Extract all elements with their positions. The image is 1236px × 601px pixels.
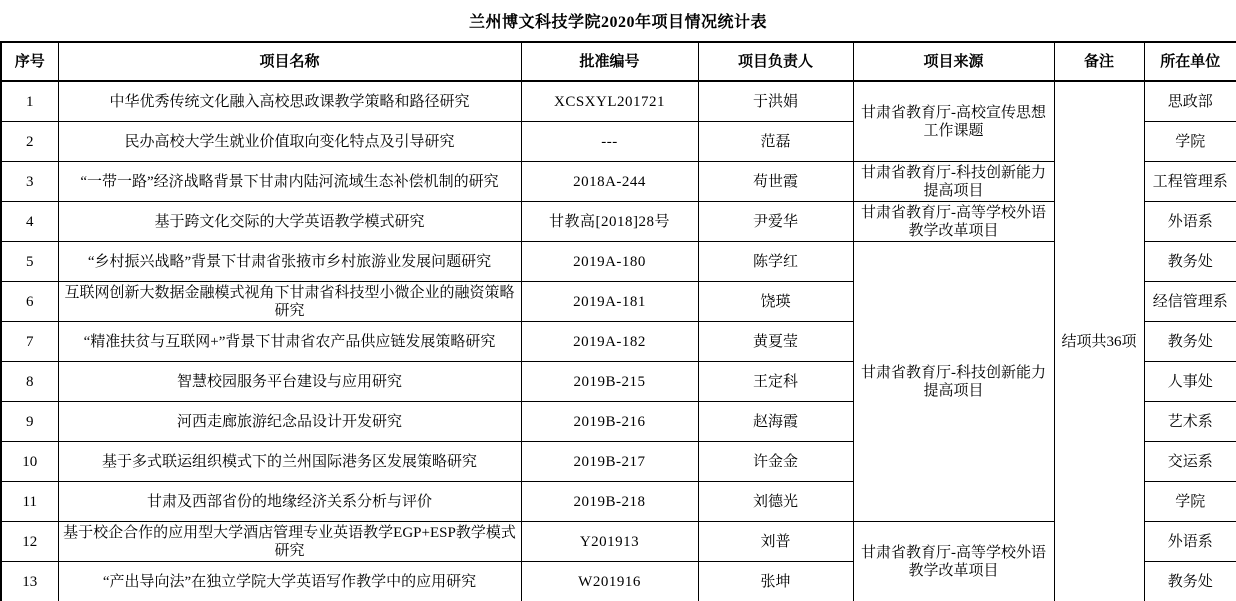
cell-source: 甘肃省教育厅-科技创新能力提高项目 bbox=[853, 242, 1054, 522]
cell-unit: 人事处 bbox=[1144, 362, 1236, 402]
table-row: 4 基于跨文化交际的大学英语教学模式研究 甘教高[2018]28号 尹爱华 甘肃… bbox=[1, 202, 1236, 242]
cell-project-name: “精准扶贫与互联网+”背景下甘肃省农产品供应链发展策略研究 bbox=[58, 322, 521, 362]
cell-code: 2019B-218 bbox=[521, 482, 698, 522]
cell-leader: 刘普 bbox=[698, 522, 853, 562]
cell-leader: 范磊 bbox=[698, 122, 853, 162]
cell-unit: 外语系 bbox=[1144, 202, 1236, 242]
cell-code: 2019A-180 bbox=[521, 242, 698, 282]
cell-no: 3 bbox=[1, 162, 58, 202]
cell-leader: 张坤 bbox=[698, 562, 853, 601]
cell-code: 2018A-244 bbox=[521, 162, 698, 202]
header-row: 序号 项目名称 批准编号 项目负责人 项目来源 备注 所在单位 bbox=[1, 42, 1236, 81]
cell-no: 6 bbox=[1, 282, 58, 322]
cell-code: XCSXYL201721 bbox=[521, 81, 698, 122]
cell-unit: 经信管理系 bbox=[1144, 282, 1236, 322]
cell-no: 10 bbox=[1, 442, 58, 482]
cell-no: 7 bbox=[1, 322, 58, 362]
cell-no: 1 bbox=[1, 81, 58, 122]
cell-leader: 于洪娟 bbox=[698, 81, 853, 122]
cell-unit: 教务处 bbox=[1144, 242, 1236, 282]
cell-unit: 教务处 bbox=[1144, 562, 1236, 601]
document-page: 兰州博文科技学院2020年项目情况统计表 序号 项目名称 批准编号 项目负责人 … bbox=[0, 0, 1236, 601]
table-row: 3 “一带一路”经济战略背景下甘肃内陆河流域生态补偿机制的研究 2018A-24… bbox=[1, 162, 1236, 202]
cell-no: 13 bbox=[1, 562, 58, 601]
col-header-leader: 项目负责人 bbox=[698, 42, 853, 81]
cell-code: 2019B-217 bbox=[521, 442, 698, 482]
cell-source: 甘肃省教育厅-科技创新能力提高项目 bbox=[853, 162, 1054, 202]
cell-unit: 教务处 bbox=[1144, 322, 1236, 362]
page-title: 兰州博文科技学院2020年项目情况统计表 bbox=[0, 0, 1236, 41]
cell-code: --- bbox=[521, 122, 698, 162]
table-row: 5 “乡村振兴战略”背景下甘肃省张掖市乡村旅游业发展问题研究 2019A-180… bbox=[1, 242, 1236, 282]
cell-unit: 艺术系 bbox=[1144, 402, 1236, 442]
col-header-code: 批准编号 bbox=[521, 42, 698, 81]
cell-no: 11 bbox=[1, 482, 58, 522]
cell-source: 甘肃省教育厅-高等学校外语教学改革项目 bbox=[853, 522, 1054, 601]
cell-leader: 许金金 bbox=[698, 442, 853, 482]
cell-no: 4 bbox=[1, 202, 58, 242]
col-header-remark: 备注 bbox=[1054, 42, 1144, 81]
cell-no: 8 bbox=[1, 362, 58, 402]
cell-project-name: 基于校企合作的应用型大学酒店管理专业英语教学EGP+ESP教学模式研究 bbox=[58, 522, 521, 562]
cell-code: W201916 bbox=[521, 562, 698, 601]
cell-no: 12 bbox=[1, 522, 58, 562]
cell-code: 2019A-181 bbox=[521, 282, 698, 322]
cell-project-name: 中华优秀传统文化融入高校思政课教学策略和路径研究 bbox=[58, 81, 521, 122]
cell-source: 甘肃省教育厅-高等学校外语教学改革项目 bbox=[853, 202, 1054, 242]
cell-code: 2019B-215 bbox=[521, 362, 698, 402]
cell-leader: 饶瑛 bbox=[698, 282, 853, 322]
cell-leader: 尹爱华 bbox=[698, 202, 853, 242]
cell-no: 9 bbox=[1, 402, 58, 442]
table-row: 12 基于校企合作的应用型大学酒店管理专业英语教学EGP+ESP教学模式研究 Y… bbox=[1, 522, 1236, 562]
cell-leader: 陈学红 bbox=[698, 242, 853, 282]
cell-leader: 苟世霞 bbox=[698, 162, 853, 202]
cell-project-name: 互联网创新大数据金融模式视角下甘肃省科技型小微企业的融资策略研究 bbox=[58, 282, 521, 322]
cell-no: 2 bbox=[1, 122, 58, 162]
cell-no: 5 bbox=[1, 242, 58, 282]
cell-unit: 交运系 bbox=[1144, 442, 1236, 482]
cell-project-name: 甘肃及西部省份的地缘经济关系分析与评价 bbox=[58, 482, 521, 522]
cell-project-name: “一带一路”经济战略背景下甘肃内陆河流域生态补偿机制的研究 bbox=[58, 162, 521, 202]
cell-code: 2019B-216 bbox=[521, 402, 698, 442]
cell-source: 甘肃省教育厅-高校宣传思想工作课题 bbox=[853, 81, 1054, 162]
cell-project-name: 基于多式联运组织模式下的兰州国际港务区发展策略研究 bbox=[58, 442, 521, 482]
cell-project-name: 河西走廊旅游纪念品设计开发研究 bbox=[58, 402, 521, 442]
cell-unit: 学院 bbox=[1144, 482, 1236, 522]
cell-unit: 工程管理系 bbox=[1144, 162, 1236, 202]
cell-project-name: 智慧校园服务平台建设与应用研究 bbox=[58, 362, 521, 402]
table-row: 1 中华优秀传统文化融入高校思政课教学策略和路径研究 XCSXYL201721 … bbox=[1, 81, 1236, 122]
cell-project-name: 基于跨文化交际的大学英语教学模式研究 bbox=[58, 202, 521, 242]
cell-project-name: “产出导向法”在独立学院大学英语写作教学中的应用研究 bbox=[58, 562, 521, 601]
cell-code: Y201913 bbox=[521, 522, 698, 562]
col-header-unit: 所在单位 bbox=[1144, 42, 1236, 81]
cell-leader: 黄夏莹 bbox=[698, 322, 853, 362]
col-header-name: 项目名称 bbox=[58, 42, 521, 81]
cell-leader: 王定科 bbox=[698, 362, 853, 402]
cell-leader: 赵海霞 bbox=[698, 402, 853, 442]
cell-project-name: 民办高校大学生就业价值取向变化特点及引导研究 bbox=[58, 122, 521, 162]
cell-code: 2019A-182 bbox=[521, 322, 698, 362]
col-header-no: 序号 bbox=[1, 42, 58, 81]
cell-leader: 刘德光 bbox=[698, 482, 853, 522]
cell-unit: 外语系 bbox=[1144, 522, 1236, 562]
col-header-source: 项目来源 bbox=[853, 42, 1054, 81]
cell-remark: 结项共36项 bbox=[1054, 81, 1144, 601]
cell-unit: 学院 bbox=[1144, 122, 1236, 162]
projects-table: 序号 项目名称 批准编号 项目负责人 项目来源 备注 所在单位 1 中华优秀传统… bbox=[0, 41, 1236, 601]
cell-project-name: “乡村振兴战略”背景下甘肃省张掖市乡村旅游业发展问题研究 bbox=[58, 242, 521, 282]
cell-code: 甘教高[2018]28号 bbox=[521, 202, 698, 242]
cell-unit: 思政部 bbox=[1144, 81, 1236, 122]
